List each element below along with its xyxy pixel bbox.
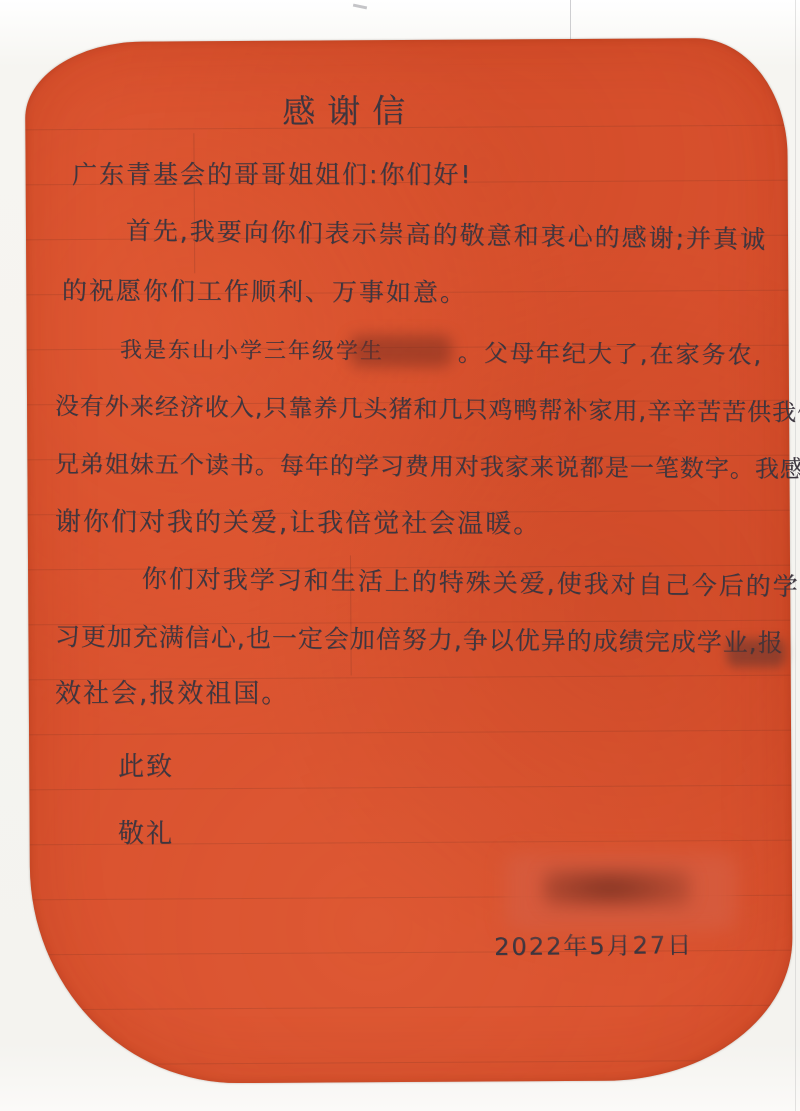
scan-edge-shadow [795, 0, 796, 1111]
letter-body-line: 兄弟姐妹五个读书。每年的学习费用对我家来说都是一笔数字。我感 [55, 444, 800, 484]
letter-body-line: 谢你们对我的关爱,让我倍觉社会温暖。 [55, 501, 541, 541]
letter-body-line: 没有外来经济收入,只靠养几头猪和几只鸡鸭帮补家用,辛辛苦苦供我们 [55, 386, 800, 428]
letter-salute: 敬礼 [118, 813, 174, 850]
letter-body-line: 效社会,报效祖国。 [55, 673, 289, 710]
letter-body-line-before-redaction: 我是东山小学三年级学生 [120, 333, 384, 365]
letter-salutation: 广东青基会的哥哥姐姐们:你们好! [72, 155, 472, 191]
scanned-letter-page: { "colors": { "paper": "#d9512e", "ink":… [0, 0, 800, 1111]
scan-artifact-mark [353, 4, 367, 10]
letter-closing: 此致 [118, 746, 174, 783]
letter-body-line: 的祝愿你们工作顺利、万事如意。 [62, 271, 467, 309]
letter-body-line-after-redaction: 。父母年纪大了,在家务农, [458, 333, 764, 370]
letter-date: 2022年5月27日 [494, 925, 693, 962]
letter-title: 感谢信 [282, 85, 417, 133]
letter-body-line: 习更加充满信心,也一定会加倍努力,争以优异的成绩完成学业,报 [55, 617, 784, 659]
